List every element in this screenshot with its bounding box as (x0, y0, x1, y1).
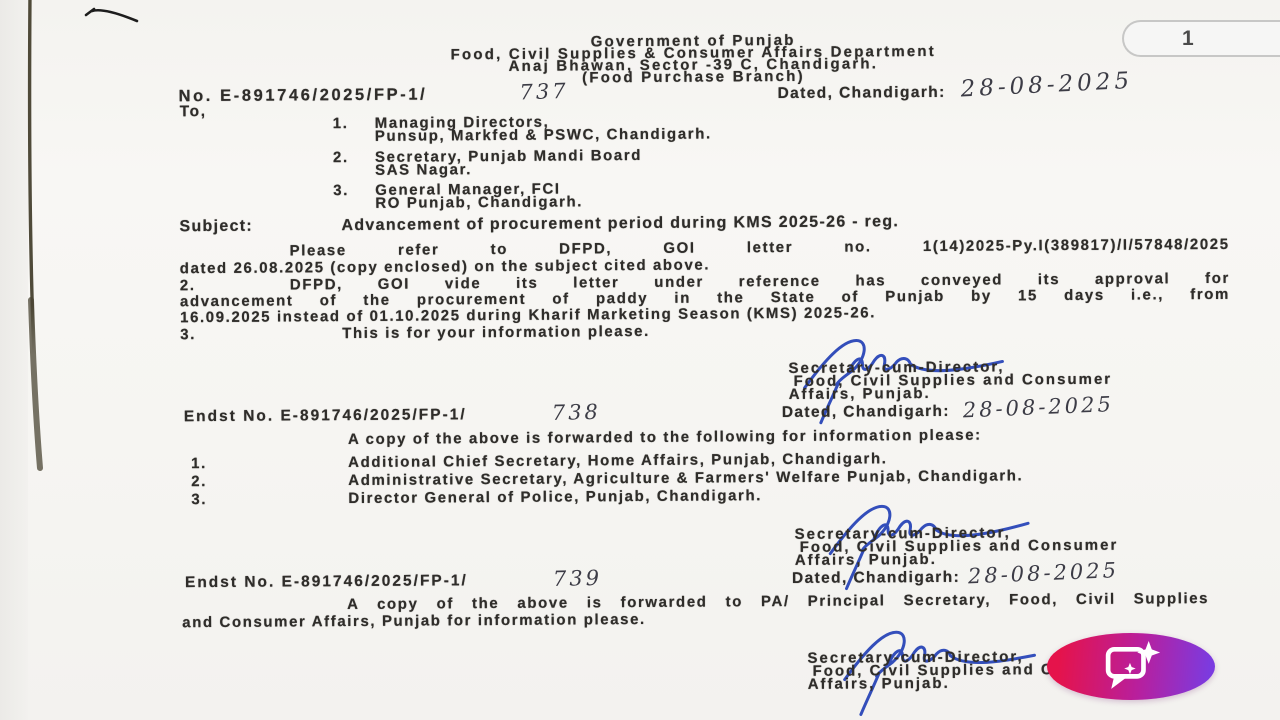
date-label: Dated, Chandigarh: (778, 84, 946, 103)
addressee-3-line-2: RO Punjab, Chandigarh. (375, 193, 583, 211)
signatory-title-3-line-3: Affairs, Punjab. (808, 675, 950, 693)
handwritten-ref-number: 737 (519, 79, 569, 105)
addressee-1-num: 1. (333, 115, 349, 132)
addressee-2-line-2: SAS Nagar. (375, 161, 472, 179)
handwritten-endst-2-date: 28-08-2025 (967, 558, 1119, 588)
letter-document: Government of Punjab Food, Civil Supplie… (0, 0, 1280, 720)
para-1-line-1: Please refer to DFPD, GOI letter no. 1(1… (290, 236, 1230, 260)
endst-1-item-3-text: Director General of Police, Punjab, Chan… (348, 487, 762, 507)
endst-2-copy-line-2: and Consumer Affairs, Punjab for informa… (182, 611, 646, 631)
handwritten-endst-2-number: 739 (553, 566, 603, 591)
subject-label: Subject: (179, 218, 253, 237)
handwritten-endst-1-date: 28-08-2025 (962, 392, 1114, 422)
subject-text: Advancement of procurement period during… (341, 213, 899, 235)
endst-1-copy-text: A copy of the above is forwarded to the … (348, 427, 982, 448)
endst-1-item-2-num: 2. (191, 473, 207, 490)
endst-1-date-label: Dated, Chandigarh: (782, 403, 950, 422)
ref-number-label: No. E-891746/2025/FP-1/ (179, 85, 428, 106)
endst-1-item-1-num: 1. (191, 455, 207, 472)
addressee-2-num: 2. (333, 149, 349, 166)
endst-2-date-label: Dated, Chandigarh: (792, 569, 960, 588)
signatory-title-2-line-3: Affairs, Punjab. (795, 551, 937, 569)
endst-1-number-label: Endst No. E-891746/2025/FP-1/ (184, 406, 467, 426)
para-3-num: 3. (180, 326, 196, 343)
chat-sparkle-icon (1099, 641, 1163, 693)
page-number: 1 (1124, 27, 1194, 51)
chat-button[interactable] (1047, 633, 1215, 700)
addressee-3-num: 3. (333, 182, 349, 199)
signatory-title-1-line-3: Affairs, Punjab. (789, 385, 931, 403)
handwritten-endst-1-number: 738 (551, 400, 601, 425)
para-3-text: This is for your information please. (342, 323, 650, 342)
endst-1-item-2-text: Administrative Secretary, Agriculture & … (348, 467, 1023, 489)
para-2-num: 2. (180, 277, 196, 294)
endst-2-number-label: Endst No. E-891746/2025/FP-1/ (185, 572, 468, 592)
endst-2-copy-line-1: A copy of the above is forwarded to PA/ … (347, 590, 1209, 613)
page-number-badge[interactable]: 1 (1122, 20, 1280, 57)
endst-1-item-3-num: 3. (191, 491, 207, 508)
addressee-1-line-2: Punsup, Markfed & PSWC, Chandigarh. (375, 125, 712, 144)
to-label: To, (180, 103, 207, 121)
